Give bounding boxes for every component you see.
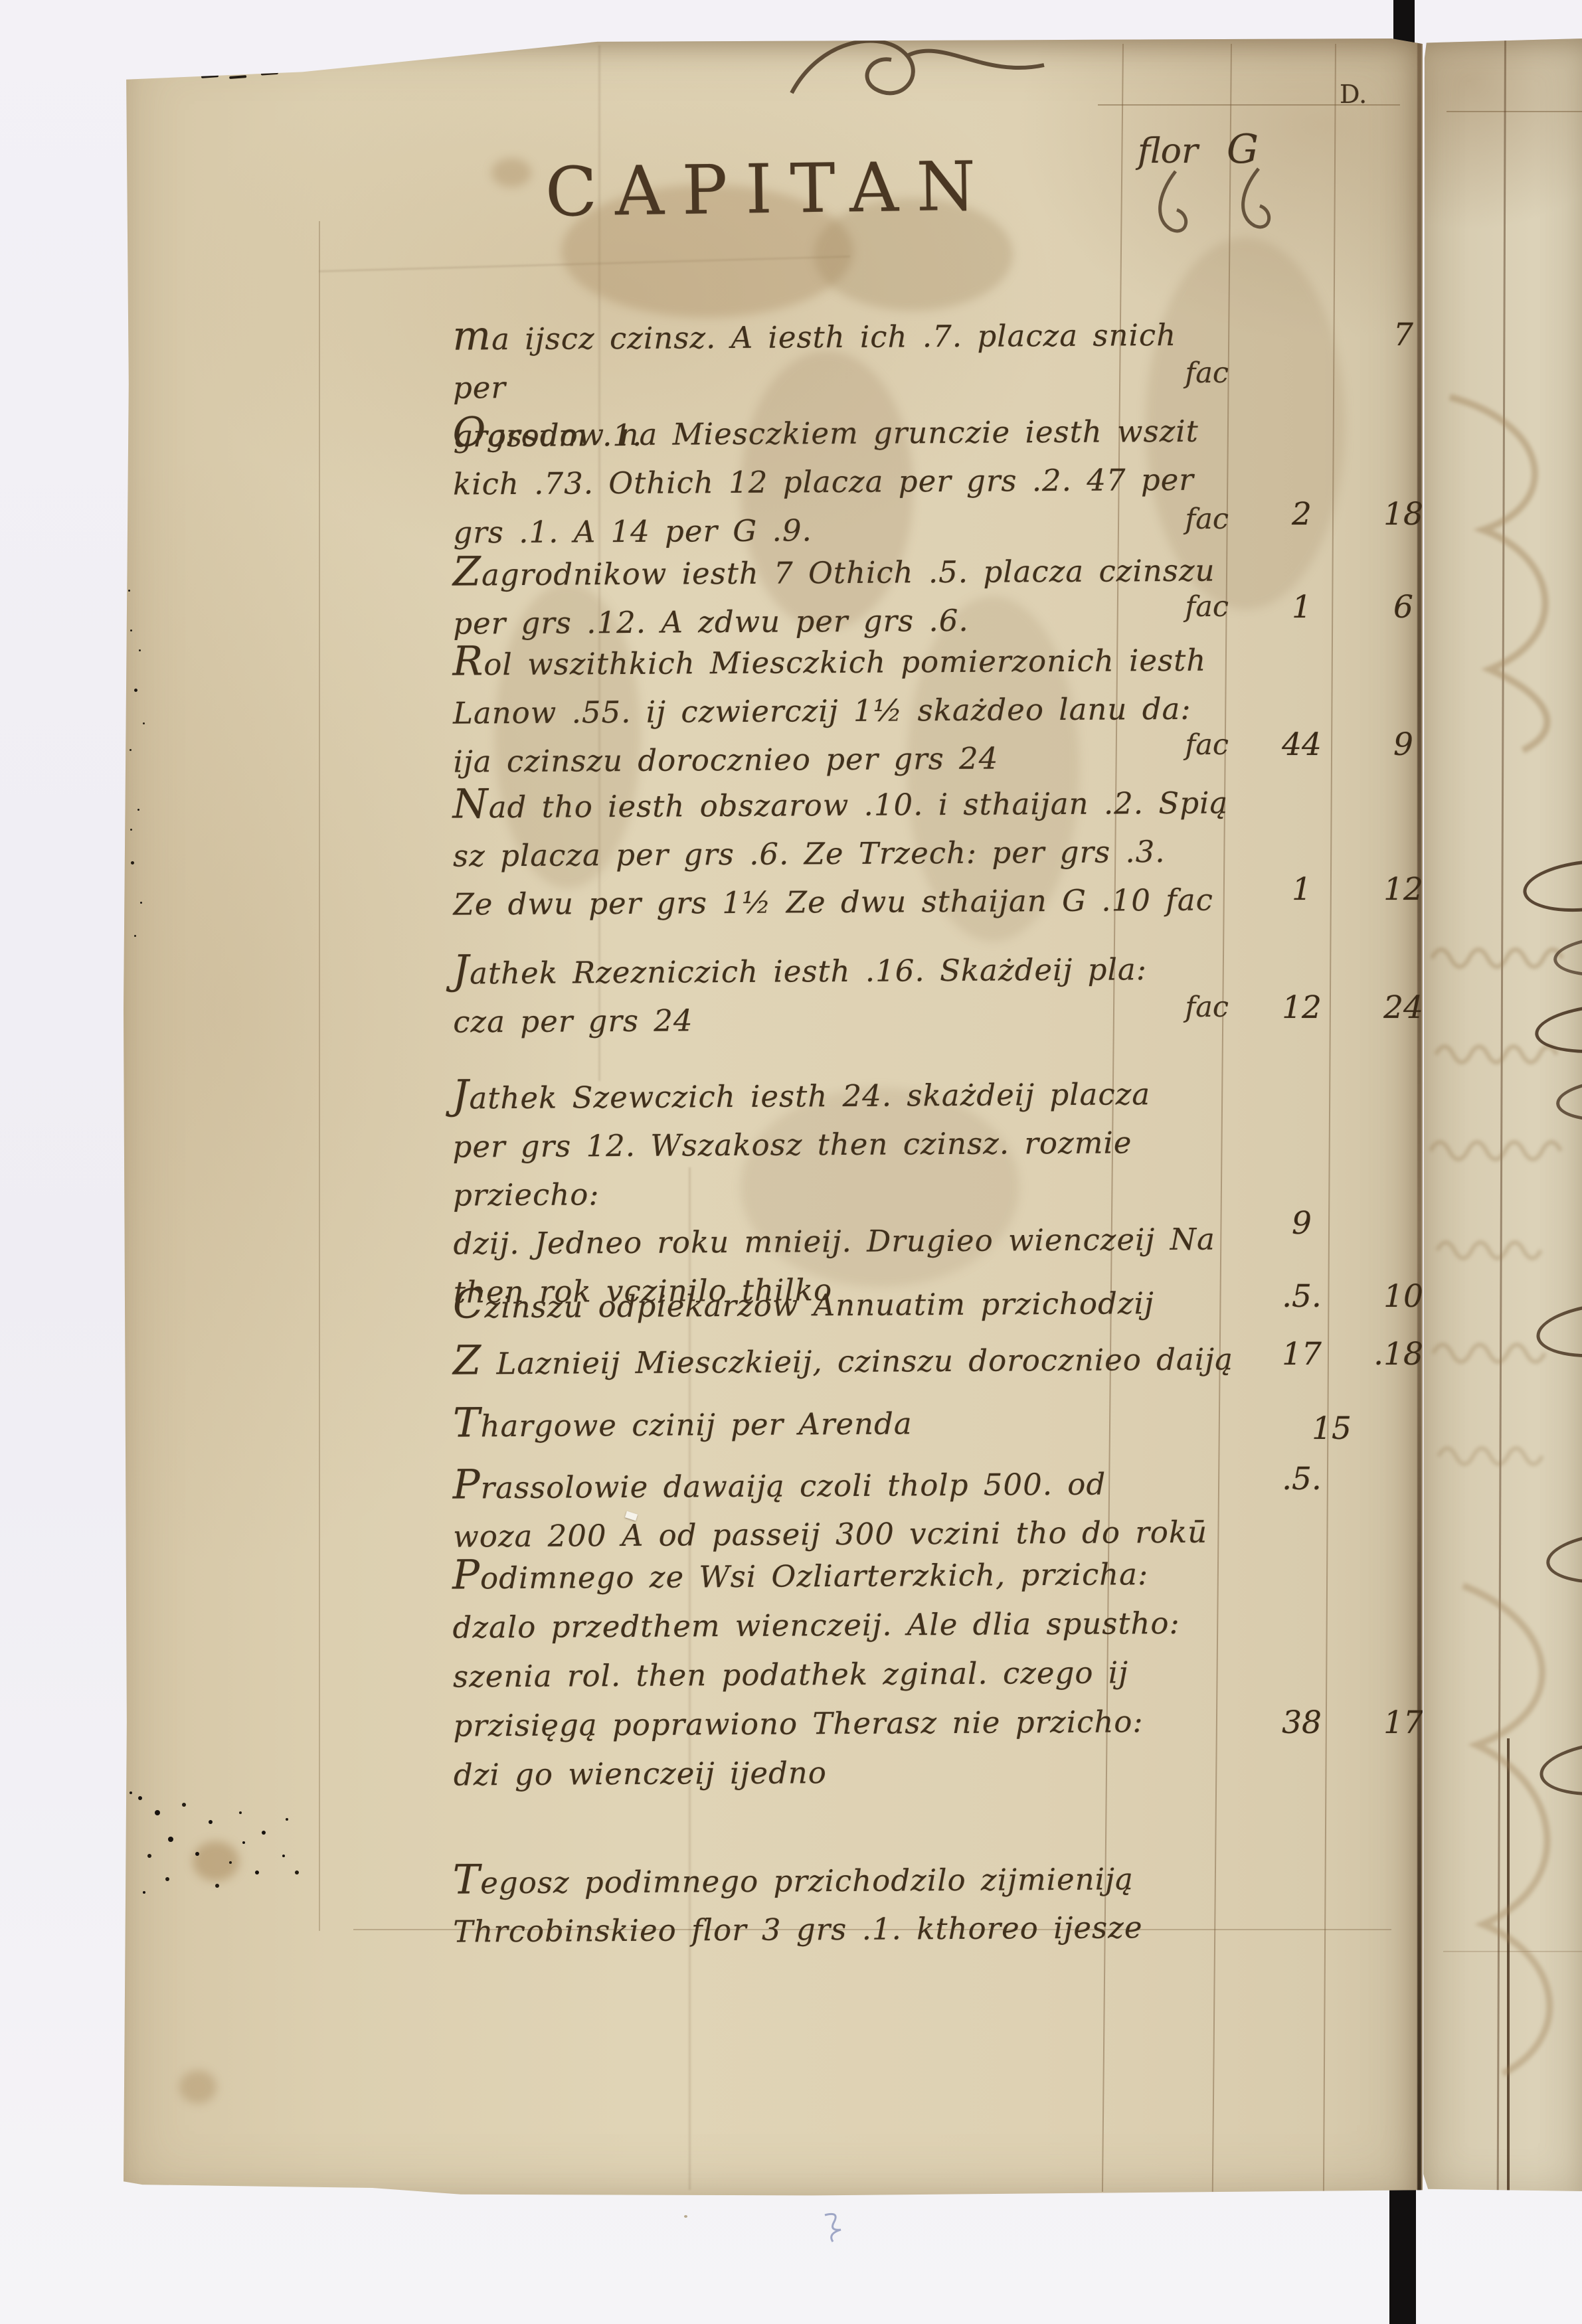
ledger-entry-6: Jathek Rzezniczich iesth .16. Skażdeij p… — [453, 942, 1234, 1046]
brown-spot — [193, 1841, 239, 1881]
ink-spatter-cluster — [130, 1791, 132, 1794]
value-flor: 15 — [1282, 1410, 1381, 1447]
facit-mark: fac — [1164, 991, 1229, 1024]
value-flor: 9 — [1252, 1205, 1352, 1242]
bleedthrough-text-line — [1435, 1433, 1571, 1473]
ledger-entry-11: Prassolowie dawaiją czoli tholp 500. od … — [453, 1456, 1234, 1560]
brown-spot — [491, 158, 531, 187]
ledger-entry-4: Rol wszithkich Miesczkich pomierzonich i… — [452, 633, 1233, 786]
facit-mark: fac — [1164, 503, 1229, 536]
column-header-denarii: D. — [1340, 80, 1367, 109]
ledger-entry-8: Czinszu odpiekarzow Annuatim przichodzij — [453, 1276, 1233, 1331]
value-flor: 12 — [1252, 989, 1352, 1026]
header-underline-next-leaf — [1447, 111, 1582, 112]
edge-ink-speckles — [128, 590, 130, 592]
bleedthrough-flourish — [1423, 1579, 1582, 2084]
bleedthrough-flourish — [1423, 384, 1582, 756]
bleedthrough-text-line — [1434, 1227, 1573, 1267]
manuscript-next-leaf-edge — [1423, 39, 1582, 2191]
title-flourish — [784, 27, 1049, 116]
book-gutter-bottom — [1389, 2187, 1416, 2324]
ledger-entry-9: Z Laznieij Miesczkieij, czinszu doroczni… — [453, 1332, 1233, 1388]
top-edge-marks — [201, 74, 219, 78]
facit-mark: fac — [1164, 357, 1229, 390]
value-flor: 17 — [1252, 1336, 1352, 1372]
ledger-entry-3: Zagrodnikow iesth 7 Othich .5. placza cz… — [453, 543, 1234, 647]
ink-loop — [1521, 854, 1582, 917]
stray-dot — [684, 2215, 687, 2218]
value-flor: 2 — [1252, 496, 1352, 533]
value-flor: 44 — [1252, 726, 1352, 763]
margin-rule — [319, 221, 320, 1931]
facit-mark: fac — [1164, 728, 1229, 762]
facit-mark: fac — [1164, 590, 1229, 623]
stray-pen-mark — [818, 2210, 845, 2246]
brown-spot — [179, 2070, 217, 2104]
ledger-entry-5: Nad tho iesth obszarow .10. i sthaijan .… — [452, 776, 1233, 928]
ink-loop — [1555, 1076, 1582, 1124]
value-flor: .5. — [1252, 1278, 1352, 1315]
value-flor: 1 — [1252, 871, 1352, 908]
grossi-header-swash — [1231, 166, 1277, 242]
ledger-entry-2: Ogrodow na Miesczkiem grunczie iesth wsz… — [452, 404, 1233, 556]
manuscript-recto-page: CAPITAN flor G D. ma ijscz czinsz. A ies… — [123, 39, 1423, 2197]
ledger-entry-13: Tegosz podimnego przichodzilo zijmieniją… — [453, 1851, 1234, 1955]
value-flor: 38 — [1252, 1704, 1352, 1741]
bleedthrough-text-line — [1427, 1127, 1577, 1167]
scanned-manuscript-page: CAPITAN flor G D. ma ijscz czinsz. A ies… — [0, 0, 1582, 2324]
gutter-fold-line — [1417, 39, 1421, 2197]
value-flor: 1 — [1252, 589, 1352, 625]
ledger-entry-12: Podimnego ze Wsi Ozliarterzkich, przicha… — [452, 1546, 1234, 1799]
page-title: CAPITAN — [545, 147, 994, 232]
flor-header-swash — [1149, 169, 1195, 244]
ledger-entry-10: Thargowe czinij per Arenda — [453, 1394, 1233, 1450]
column-header-flor: flor — [1138, 131, 1198, 171]
value-flor: .5. — [1252, 1461, 1352, 1497]
